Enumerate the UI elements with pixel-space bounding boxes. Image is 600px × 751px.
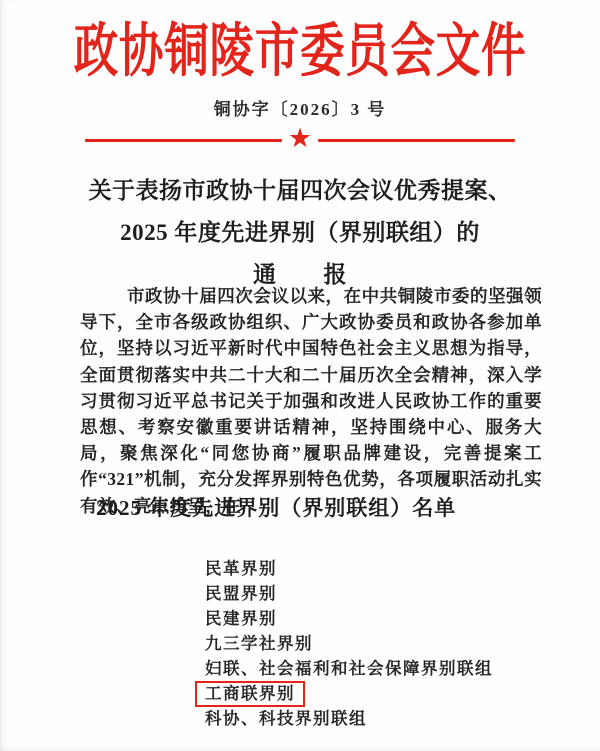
list-item-label: 妇联、社会福利和社会保障界别联组 — [205, 659, 493, 678]
red-rule-right-segment — [318, 139, 515, 142]
notice-title-line2: 2025 年度先进界别（界别联组）的 — [0, 212, 600, 254]
list-item: 民革界别 — [205, 556, 493, 581]
notice-title: 关于表扬市政协十届四次会议优秀提案、 2025 年度先进界别（界别联组）的 通 … — [0, 170, 600, 296]
star-icon: ★ — [282, 125, 318, 155]
document-number: 铜协字〔2026〕3 号 — [0, 95, 600, 120]
red-divider-rule: ★ — [85, 126, 515, 154]
list-item-label: 民盟界别 — [205, 584, 277, 603]
award-list-heading: 2025 年度先进界别（界别联组）名单 — [96, 492, 456, 522]
list-item-label: 民革界别 — [205, 559, 277, 578]
red-header-org-title: 政协铜陵市委员会文件 — [66, 4, 534, 88]
list-item: 民建界别 — [205, 606, 493, 631]
list-item-label: 九三学社界别 — [205, 634, 313, 653]
red-rule-left-segment — [85, 139, 282, 142]
notice-title-line1: 关于表扬市政协十届四次会议优秀提案、 — [0, 170, 600, 212]
list-item: 民盟界别 — [205, 581, 493, 606]
list-item: 科协、科技界别联组 — [205, 706, 493, 731]
list-item-highlighted: 工商联界别 — [205, 681, 493, 706]
document-page: 政协铜陵市委员会文件 铜协字〔2026〕3 号 ★ 关于表扬市政协十届四次会议优… — [0, 0, 600, 751]
list-item: 九三学社界别 — [205, 631, 493, 656]
body-paragraph: 市政协十届四次会议以来，在中共铜陵市委的坚强领导下，全市各级政协组织、广大政协委… — [80, 283, 542, 519]
award-list: 民革界别 民盟界别 民建界别 九三学社界别 妇联、社会福利和社会保障界别联组 工… — [205, 556, 493, 731]
list-item: 妇联、社会福利和社会保障界别联组 — [205, 656, 493, 681]
list-item-label: 科协、科技界别联组 — [205, 709, 367, 728]
red-box-highlight: 工商联界别 — [195, 681, 305, 707]
list-item-label: 民建界别 — [205, 609, 277, 628]
